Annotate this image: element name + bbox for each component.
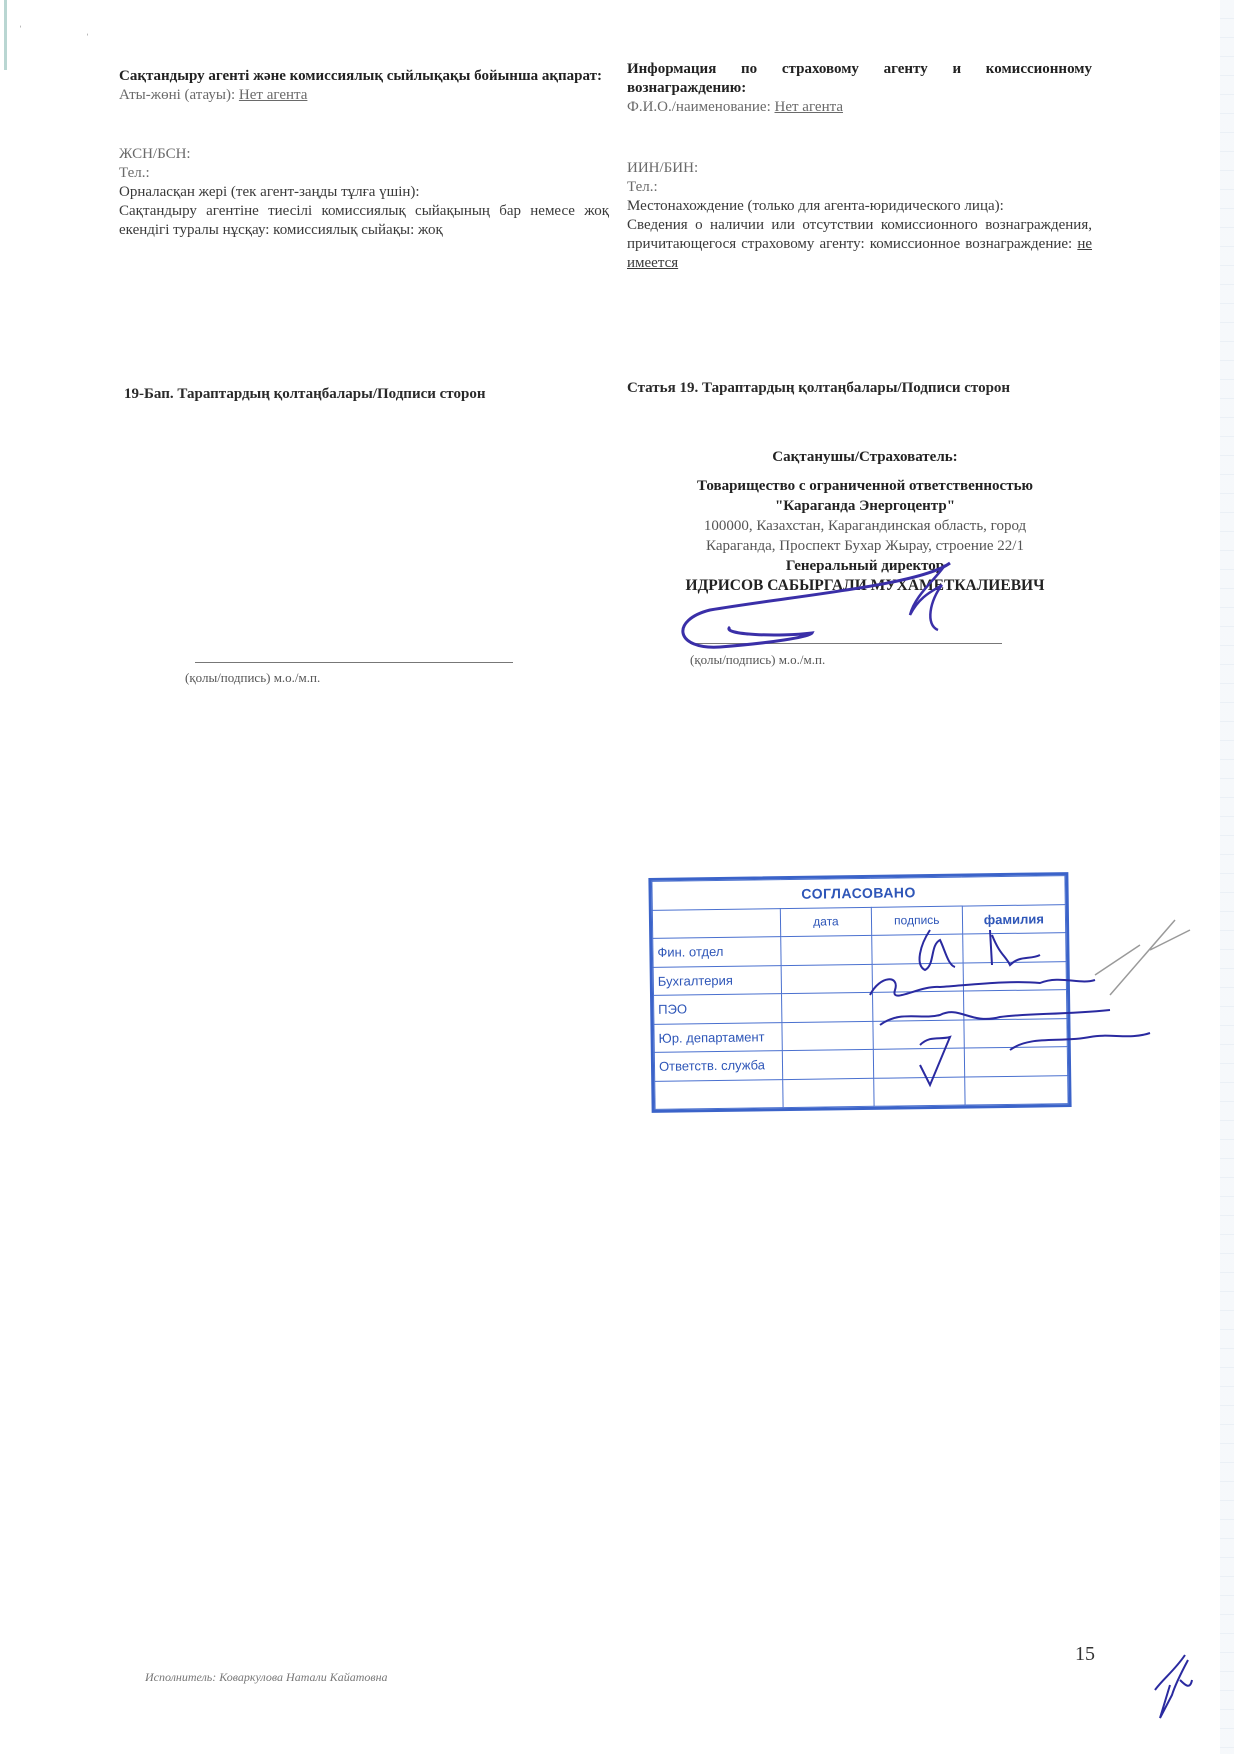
agent-location-ru: Местонахождение (только для агента-юриди…: [627, 197, 1092, 216]
insured-address-line2: Караганда, Проспект Бухар Жырау, строени…: [640, 536, 1090, 556]
agent-iin-ru: ИИН/БИН:: [627, 159, 1092, 178]
signature-caption-left: (қолы/подпись) м.о./м.п.: [185, 670, 320, 686]
agent-info-kz-heading: Сақтандыру агенті және комиссиялық сыйлы…: [119, 67, 609, 86]
commission-text: Сақтандыру агентіне тиесілі комиссиялық …: [119, 203, 609, 238]
commission-text: Сведения о наличии или отсутствии комисс…: [627, 217, 1092, 252]
agent-name-value: Нет агента: [239, 87, 308, 103]
pencil-mark-icon: [1080, 900, 1200, 1020]
agent-info-kz: Сақтандыру агенті және комиссиялық сыйлы…: [119, 67, 609, 240]
scan-edge-right: [1220, 0, 1234, 1754]
agent-name-value: Нет агента: [775, 99, 844, 115]
article-19-heading-kz: 19-Бап. Тараптардың қолтаңбалары/Подписи…: [124, 384, 584, 404]
insured-address-line1: 100000, Казахстан, Карагандинская област…: [640, 516, 1090, 536]
director-signature-icon: [680, 555, 980, 665]
stamp-row-label: Бухгалтерия: [653, 965, 781, 995]
stamp-col-header: [652, 908, 780, 938]
stamp-col-header: дата: [780, 907, 871, 937]
agent-phone-kz: Тел.:: [119, 164, 609, 183]
commission-value: жоқ: [418, 222, 443, 238]
stamp-row-label: Фин. отдел: [653, 937, 781, 967]
agent-name-label: Аты-жөні (атауы):: [119, 87, 235, 103]
article-19-heading-ru: Статья 19. Тараптардың қолтаңбалары/Подп…: [627, 378, 1092, 398]
agent-info-ru: Информация по страховому агенту и комисс…: [627, 60, 1092, 273]
agent-location-kz: Орналасқан жері (тек агент-заңды тұлға ү…: [119, 183, 609, 202]
stamp-row-label: Юр. департамент: [654, 1022, 782, 1052]
agent-iin-kz: ЖСН/БСН:: [119, 145, 609, 164]
stamp-row-label: [655, 1079, 783, 1109]
insured-role: Сақтанушы/Страхователь:: [640, 447, 1090, 467]
insured-org-line1: Товарищество с ограниченной ответственно…: [640, 476, 1090, 496]
stamp-row-label: Ответств. служба: [654, 1051, 782, 1081]
scan-edge-left: [4, 0, 7, 70]
agent-phone-ru: Тел.:: [627, 178, 1092, 197]
signature-line-left: [195, 662, 513, 663]
executor-note: Исполнитель: Коваркулова Натали Кайатовн…: [145, 1670, 388, 1685]
stamp-row-label: ПЭО: [654, 994, 782, 1024]
insured-org-line2: "Караганда Энергоцентр": [640, 496, 1090, 516]
scan-speck: ˒: [19, 20, 22, 30]
agent-commission-kz: Сақтандыру агентіне тиесілі комиссиялық …: [119, 202, 609, 240]
agent-commission-ru: Сведения о наличии или отсутствии комисс…: [627, 216, 1092, 273]
page-number: 15: [1075, 1643, 1095, 1666]
initials-signature-icon: [1150, 1650, 1200, 1720]
agent-name-ru: Ф.И.О./наименование: Нет агента: [627, 98, 1092, 117]
scan-speck: ˒: [86, 28, 89, 38]
agent-name-kz: Аты-жөні (атауы): Нет агента: [119, 86, 609, 105]
agent-name-label: Ф.И.О./наименование:: [627, 99, 771, 115]
agent-info-ru-heading: Информация по страховому агенту и комисс…: [627, 60, 1092, 98]
